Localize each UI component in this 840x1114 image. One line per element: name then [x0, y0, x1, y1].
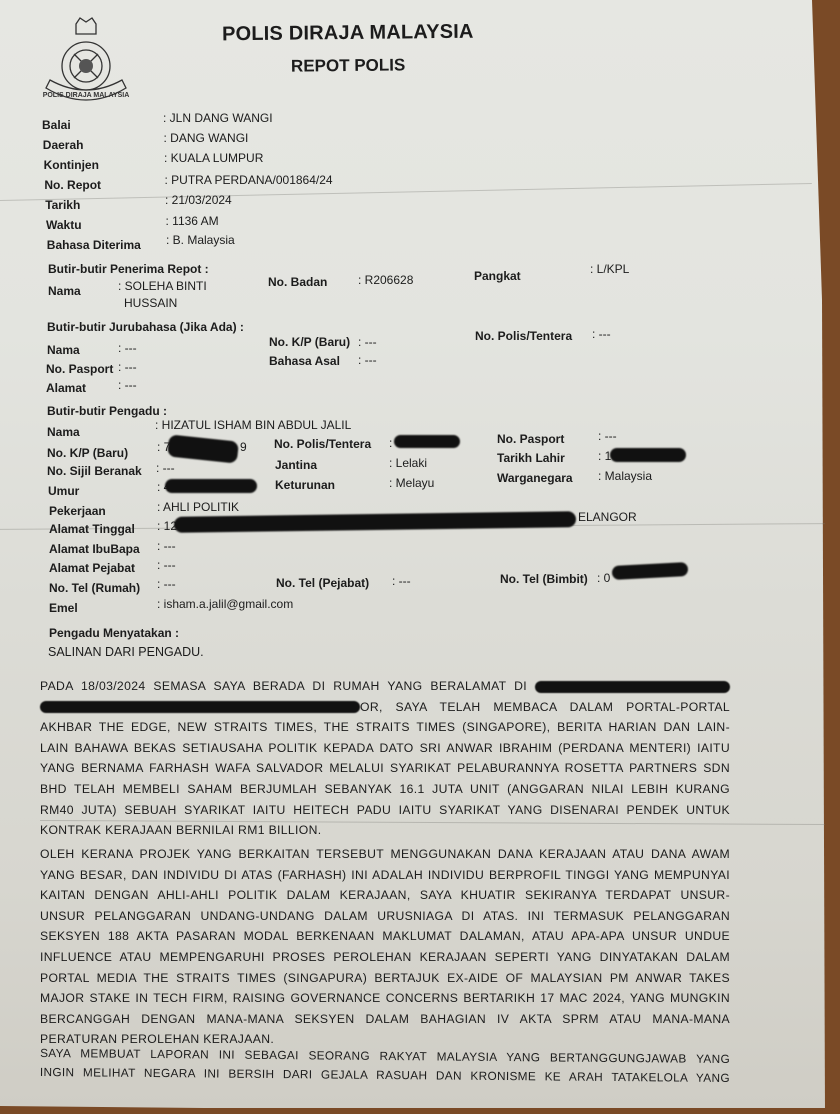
paragraph-line: SEKSYEN 188 AKTA PASARAN MODAL BERKENAAN… — [40, 926, 730, 947]
complainant-citizen-label: Warganegara — [497, 471, 573, 485]
complainant-tel-home-value: : --- — [157, 577, 176, 591]
report-info-label: No. Repot — [44, 178, 101, 192]
complainant-age-label: Umur — [48, 484, 79, 498]
complainant-citizen-value: : Malaysia — [598, 469, 652, 483]
complainant-name-value: : HIZATUL ISHAM BIN ABDUL JALIL — [155, 418, 351, 432]
complainant-tel-mobile-label: No. Tel (Bimbit) — [500, 572, 588, 586]
report-info-value: : PUTRA PERDANA/001864/24 — [165, 173, 333, 187]
complainant-dob-label: Tarikh Lahir — [497, 451, 565, 465]
redaction-mark — [40, 701, 360, 713]
paragraph-line: RM40 JUTA) SEBUAH SYARIKAT IAITU HEITECH… — [40, 800, 730, 821]
paragraph-line: PORTAL MEDIA THE STRAITS TIMES (SINGAPUR… — [40, 968, 730, 989]
interpreter-address-value: : --- — [118, 378, 137, 392]
page-title: POLIS DIRAJA MALAYSIA — [222, 21, 474, 47]
report-info-value: : 1136 AM — [166, 214, 219, 228]
interpreter-passport-value: : --- — [118, 360, 137, 374]
paragraph-line: KONTRAK KERAJAAN BERNILAI RM1 BILLION. — [40, 820, 730, 841]
interpreter-ic-label: No. K/P (Baru) — [269, 335, 350, 349]
statement-paragraph-1: PADA 18/03/2024 SEMASA SAYA BERADA DI RU… — [40, 676, 730, 841]
complainant-email-value: : isham.a.jalil@gmail.com — [157, 597, 293, 611]
complainant-tel-mobile-value-prefix: : 0 — [597, 571, 610, 585]
redaction-mark — [394, 435, 460, 448]
paragraph-line: PADA 18/03/2024 SEMASA SAYA BERADA DI RU… — [40, 676, 730, 697]
statement-heading: Pengadu Menyatakan : — [49, 626, 179, 640]
complainant-tel-home-label: No. Tel (Rumah) — [49, 581, 140, 595]
complainant-tel-office-label: No. Tel (Pejabat) — [276, 576, 369, 590]
interpreter-heading: Butir-butir Jurubahasa (Jika Ada) : — [47, 320, 244, 334]
complainant-office-value: : --- — [157, 558, 176, 572]
paragraph-line: BHD TELAH MEMBELI SAHAM BERJUMLAH SEBANY… — [40, 779, 730, 800]
paragraph-line: YANG BERNAMA FARHASH WAFA SALVADOR MELAL… — [40, 758, 730, 779]
receiver-name-value: : SOLEHA BINTI — [118, 279, 207, 293]
complainant-home-label: Alamat Tinggal — [49, 522, 135, 536]
report-info-value: : JLN DANG WANGI — [163, 111, 273, 125]
interpreter-lang-value: : --- — [358, 353, 377, 367]
interpreter-name-label: Nama — [47, 343, 80, 357]
complainant-parents-label: Alamat IbuBapa — [49, 542, 140, 556]
paragraph-line: LAIN BAHAWA BEKAS SETIAUSAHA POLITIK KEP… — [40, 738, 730, 759]
complainant-home-value-suffix: ELANGOR — [578, 510, 637, 524]
receiver-badge-label: No. Badan — [268, 275, 327, 289]
receiver-badge-value: : R206628 — [358, 273, 413, 287]
report-info-label: Tarikh — [45, 198, 80, 212]
complainant-race-value: : Melayu — [389, 476, 434, 490]
complainant-birthcert-value: : --- — [156, 461, 175, 475]
complainant-race-label: Keturunan — [275, 478, 335, 492]
complainant-gender-label: Jantina — [275, 458, 317, 472]
paragraph-line: YANG BESAR, DAN INDIVIDU DI ATAS (FARHAS… — [40, 865, 730, 886]
receiver-name-label: Nama — [48, 284, 81, 298]
interpreter-lang-label: Bahasa Asal — [269, 354, 340, 368]
receiver-rank-value: : L/KPL — [590, 262, 629, 276]
interpreter-passport-label: No. Pasport — [46, 362, 113, 376]
complainant-office-label: Alamat Pejabat — [49, 561, 135, 575]
complainant-parents-value: : --- — [157, 539, 176, 553]
report-info-value: : KUALA LUMPUR — [164, 151, 263, 165]
report-info-label: Bahasa Diterima — [47, 238, 141, 252]
report-info-label: Balai — [42, 118, 71, 132]
complainant-gender-value: : Lelaki — [389, 456, 427, 470]
redaction-mark — [535, 681, 730, 693]
statement-paragraph-2: OLEH KERANA PROJEK YANG BERKAITAN TERSEB… — [40, 844, 730, 1050]
complainant-heading: Butir-butir Pengadu : — [47, 404, 167, 418]
complainant-passport-label: No. Pasport — [497, 432, 564, 446]
receiver-heading: Butir-butir Penerima Repot : — [48, 262, 209, 276]
report-info-label: Waktu — [46, 218, 82, 232]
complainant-police-value: : — [389, 436, 392, 450]
paragraph-line: KAITAN DENGAN AHLI-AHLI POLITIK DALAM KE… — [40, 885, 730, 906]
complainant-job-label: Pekerjaan — [49, 504, 106, 518]
svg-text:POLIS DIRAJA MALAYSIA: POLIS DIRAJA MALAYSIA — [43, 92, 130, 99]
statement-paragraph-3: SAYA MEMBUAT LAPORAN INI SEBAGAI SEORANG… — [40, 1044, 730, 1088]
redaction-mark — [165, 479, 257, 493]
interpreter-name-value: : --- — [118, 341, 137, 355]
paragraph-line: UNSUR PELANGGARAN UNDANG-UNDANG DALAM UR… — [40, 906, 730, 927]
report-info-label: Daerah — [43, 138, 84, 152]
paragraph-line: BERCANGGAH DENGAN MANA-MANA SEKSYEN DALA… — [40, 1009, 730, 1030]
paragraph-line: OLEH KERANA PROJEK YANG BERKAITAN TERSEB… — [40, 844, 730, 865]
interpreter-ic-value: : --- — [358, 335, 377, 349]
complainant-ic-label: No. K/P (Baru) — [47, 446, 128, 460]
complainant-birthcert-label: No. Sijil Beranak — [47, 464, 142, 478]
complainant-tel-office-value: : --- — [392, 574, 411, 588]
complainant-police-label: No. Polis/Tentera — [274, 437, 371, 451]
receiver-name-value-line2: HUSSAIN — [124, 296, 177, 310]
paragraph-line: INFLUENCE ATAU MEMPENGARUHI PROSES PEROL… — [40, 947, 730, 968]
report-info-value: : B. Malaysia — [166, 233, 235, 247]
complainant-name-label: Nama — [47, 425, 80, 439]
report-info-value: : 21/03/2024 — [165, 193, 232, 207]
report-info-value: : DANG WANGI — [164, 131, 249, 145]
statement-copy-note: SALINAN DARI PENGADU. — [48, 645, 204, 659]
complainant-passport-value: : --- — [598, 429, 617, 443]
complainant-email-label: Emel — [49, 601, 78, 615]
complainant-ic-value-suffix: 9 — [240, 440, 247, 454]
paragraph-line: MAJOR STAKE IN TECH FIRM, RAISING GOVERN… — [40, 988, 730, 1009]
complainant-job-value: : AHLI POLITIK — [157, 500, 239, 514]
polis-diraja-malaysia-crest-icon: POLIS DIRAJA MALAYSIA — [40, 16, 132, 110]
interpreter-police-label: No. Polis/Tentera — [475, 329, 572, 343]
receiver-rank-label: Pangkat — [474, 269, 521, 283]
paragraph-line: AKHBAR THE EDGE, NEW STRAITS TIMES, THE … — [40, 717, 730, 738]
interpreter-police-value: : --- — [592, 327, 611, 341]
interpreter-address-label: Alamat — [46, 381, 86, 395]
report-info-label: Kontinjen — [44, 158, 99, 172]
redaction-mark — [610, 448, 686, 462]
page-subtitle: REPOT POLIS — [291, 55, 406, 76]
paragraph-line: OR, SAYA TELAH MEMBACA DALAM PORTAL-PORT… — [40, 697, 730, 718]
